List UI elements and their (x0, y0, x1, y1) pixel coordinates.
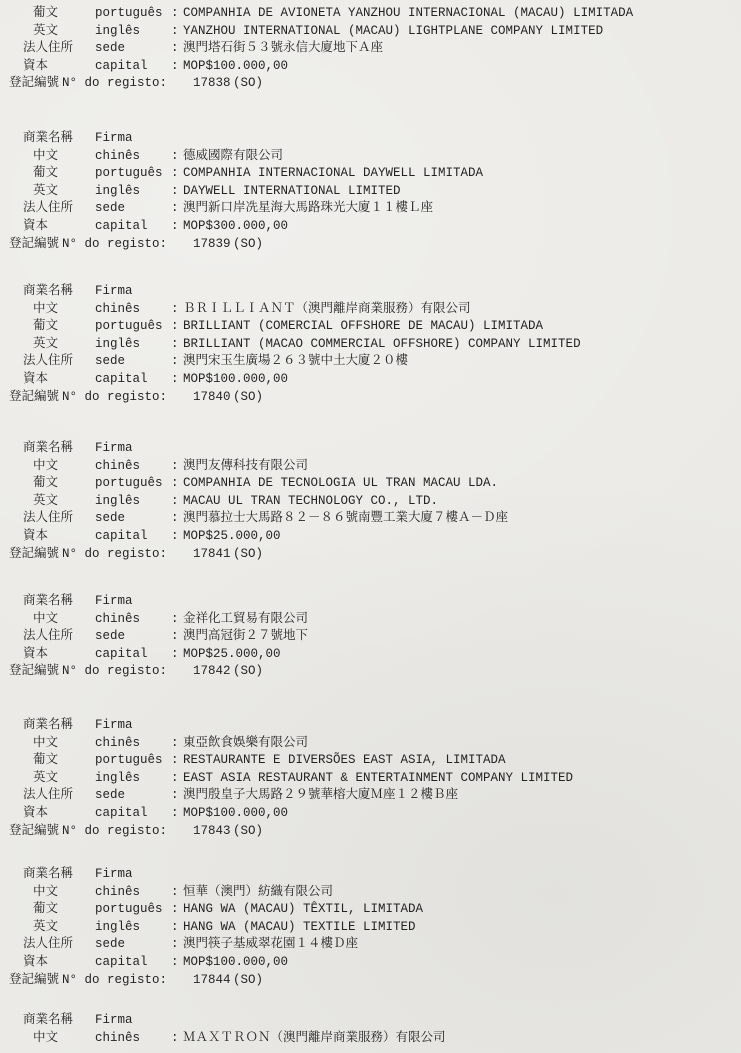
field-row: 法人住所sede:澳門塔石街５３號永信大廈地下Ａ座 (0, 39, 741, 57)
firma-label-cjk: 商業名稱 (23, 131, 73, 145)
company-record: 商業名稱Firma中文chinês:恒華（澳門）紡織有限公司葡文portuguê… (0, 865, 741, 988)
field-value: ＭＡＸＴＲＯＮ（澳門離岸商業服務）有限公司 (183, 1031, 446, 1045)
firma-label-cjk: 商業名稱 (23, 718, 73, 732)
field-colon: : (171, 806, 179, 820)
field-label-latin: chinês (95, 1031, 140, 1045)
reg-suffix: (SO) (233, 664, 263, 678)
field-value: ＢＲＩＬＬＩＡＮＴ（澳門離岸商業服務）有限公司 (183, 302, 471, 316)
field-label-cjk: 英文 (33, 184, 58, 198)
field-value: MOP$100.000,00 (183, 59, 288, 73)
firma-header-row: 商業名稱Firma (0, 439, 741, 457)
field-label-latin: inglês (95, 24, 140, 38)
field-label-latin: português (95, 476, 163, 490)
field-row: 英文inglês:MACAU UL TRAN TECHNOLOGY CO., L… (0, 492, 741, 510)
field-row: 英文inglês:HANG WA (MACAU) TEXTILE LIMITED (0, 918, 741, 936)
field-label-latin: chinês (95, 302, 140, 316)
firma-header-row: 商業名稱Firma (0, 716, 741, 734)
field-value: 澳門友傳科技有限公司 (183, 459, 308, 473)
field-row: 中文chinês:ＭＡＸＴＲＯＮ（澳門離岸商業服務）有限公司 (0, 1029, 741, 1047)
field-label-cjk: 法人住所 (23, 201, 73, 215)
field-colon: : (171, 511, 179, 525)
field-row: 葡文português:BRILLIANT (COMERCIAL OFFSHOR… (0, 317, 741, 335)
reg-number: 17844 (193, 973, 231, 987)
reg-label-cjk: 登記編號 (9, 973, 59, 987)
field-colon: : (171, 647, 179, 661)
field-colon: : (171, 459, 179, 473)
field-label-latin: português (95, 166, 163, 180)
field-colon: : (171, 319, 179, 333)
field-value: BRILLIANT (COMERCIAL OFFSHORE DE MACAU) … (183, 319, 543, 333)
field-value: 澳門宋玉生廣場２６３號中土大廈２０樓 (183, 354, 408, 368)
field-label-latin: capital (95, 806, 148, 820)
field-label-latin: inglês (95, 771, 140, 785)
reg-label-latin: N° do registo: (62, 547, 167, 561)
field-label-cjk: 法人住所 (23, 937, 73, 951)
field-label-latin: capital (95, 529, 148, 543)
field-value: YANZHOU INTERNATIONAL (MACAU) LIGHTPLANE… (183, 24, 603, 38)
field-colon: : (171, 302, 179, 316)
field-row: 資本capital:MOP$100.000,00 (0, 953, 741, 971)
field-label-latin: português (95, 319, 163, 333)
field-row: 中文chinês:澳門友傳科技有限公司 (0, 457, 741, 475)
field-row: 葡文português:COMPANHIA DE TECNOLOGIA UL T… (0, 474, 741, 492)
field-colon: : (171, 201, 179, 215)
field-row: 資本capital:MOP$100.000,00 (0, 804, 741, 822)
registration-row: 登記編號N° do registo:17838(SO) (0, 74, 741, 92)
field-label-cjk: 英文 (33, 337, 58, 351)
field-value: COMPANHIA INTERNACIONAL DAYWELL LIMITADA (183, 166, 483, 180)
field-value: 德威國際有限公司 (183, 149, 283, 163)
field-label-cjk: 法人住所 (23, 511, 73, 525)
reg-suffix: (SO) (233, 824, 263, 838)
firma-label-cjk: 商業名稱 (23, 867, 73, 881)
firma-label-latin: Firma (95, 594, 133, 608)
reg-label-cjk: 登記編號 (9, 547, 59, 561)
field-value: 恒華（澳門）紡織有限公司 (183, 885, 333, 899)
field-label-cjk: 資本 (23, 59, 48, 73)
field-label-latin: sede (95, 41, 125, 55)
field-label-latin: sede (95, 788, 125, 802)
field-colon: : (171, 937, 179, 951)
field-value: MOP$300.000,00 (183, 219, 288, 233)
field-row: 中文chinês:ＢＲＩＬＬＩＡＮＴ（澳門離岸商業服務）有限公司 (0, 300, 741, 318)
reg-label-latin: N° do registo: (62, 824, 167, 838)
field-label-cjk: 英文 (33, 494, 58, 508)
field-row: 資本capital:MOP$300.000,00 (0, 217, 741, 235)
firma-header-row: 商業名稱Firma (0, 592, 741, 610)
reg-suffix: (SO) (233, 547, 263, 561)
field-value: MOP$25.000,00 (183, 647, 281, 661)
field-value: 澳門慕拉士大馬路８２－８６號南豐工業大廈７樓Ａ－Ｄ座 (183, 511, 508, 525)
firma-label-cjk: 商業名稱 (23, 284, 73, 298)
firma-label-latin: Firma (95, 867, 133, 881)
field-label-latin: sede (95, 201, 125, 215)
field-row: 葡文português:RESTAURANTE E DIVERSÕES EAST… (0, 751, 741, 769)
field-value: MOP$100.000,00 (183, 372, 288, 386)
field-row: 英文inglês:YANZHOU INTERNATIONAL (MACAU) L… (0, 22, 741, 40)
field-label-latin: chinês (95, 736, 140, 750)
field-colon: : (171, 736, 179, 750)
field-value: MOP$25.000,00 (183, 529, 281, 543)
field-row: 法人住所sede:澳門高冠街２７號地下 (0, 627, 741, 645)
registration-row: 登記編號N° do registo:17844(SO) (0, 971, 741, 989)
reg-number: 17841 (193, 547, 231, 561)
field-label-cjk: 葡文 (33, 902, 58, 916)
field-label-latin: chinês (95, 459, 140, 473)
registration-row: 登記編號N° do registo:17839(SO) (0, 235, 741, 253)
registration-row: 登記編號N° do registo:17840(SO) (0, 388, 741, 406)
field-row: 英文inglês:BRILLIANT (MACAO COMMERCIAL OFF… (0, 335, 741, 353)
registration-row: 登記編號N° do registo:17843(SO) (0, 822, 741, 840)
field-label-cjk: 英文 (33, 24, 58, 38)
field-row: 法人住所sede:澳門慕拉士大馬路８２－８６號南豐工業大廈７樓Ａ－Ｄ座 (0, 509, 741, 527)
registration-row: 登記編號N° do registo:17841(SO) (0, 545, 741, 563)
field-value: 金祥化工貿易有限公司 (183, 612, 308, 626)
field-label-latin: sede (95, 354, 125, 368)
field-label-latin: chinês (95, 149, 140, 163)
field-label-latin: sede (95, 629, 125, 643)
field-value: MACAU UL TRAN TECHNOLOGY CO., LTD. (183, 494, 438, 508)
field-row: 資本capital:MOP$100.000,00 (0, 370, 741, 388)
registration-row: 登記編號N° do registo:17842(SO) (0, 662, 741, 680)
reg-label-cjk: 登記編號 (9, 390, 59, 404)
field-label-cjk: 法人住所 (23, 41, 73, 55)
field-colon: : (171, 59, 179, 73)
reg-number: 17839 (193, 237, 231, 251)
firma-label-latin: Firma (95, 718, 133, 732)
reg-label-latin: N° do registo: (62, 973, 167, 987)
reg-label-cjk: 登記編號 (9, 664, 59, 678)
field-row: 中文chinês:東亞飲食娛樂有限公司 (0, 734, 741, 752)
field-label-latin: inglês (95, 184, 140, 198)
reg-label-cjk: 登記編號 (9, 237, 59, 251)
firma-header-row: 商業名稱Firma (0, 282, 741, 300)
field-label-cjk: 中文 (33, 736, 58, 750)
field-row: 法人住所sede:澳門宋玉生廣場２６３號中土大廈２０樓 (0, 352, 741, 370)
reg-number: 17838 (193, 76, 231, 90)
reg-suffix: (SO) (233, 76, 263, 90)
field-value: 澳門高冠街２７號地下 (183, 629, 308, 643)
field-colon: : (171, 753, 179, 767)
field-colon: : (171, 612, 179, 626)
field-colon: : (171, 41, 179, 55)
field-colon: : (171, 372, 179, 386)
field-value: 澳門殷皇子大馬路２９號華榕大廈Ｍ座１２樓Ｂ座 (183, 788, 458, 802)
reg-number: 17843 (193, 824, 231, 838)
field-value: 澳門新口岸冼星海大馬路珠光大廈１１樓Ｌ座 (183, 201, 433, 215)
company-record: 商業名稱Firma中文chinês:ＢＲＩＬＬＩＡＮＴ（澳門離岸商業服務）有限公… (0, 282, 741, 405)
scanned-registry-page: 葡文português:COMPANHIA DE AVIONETA YANZHO… (0, 0, 741, 1053)
field-row: 資本capital:MOP$100.000,00 (0, 57, 741, 75)
firma-label-latin: Firma (95, 1013, 133, 1027)
field-label-cjk: 資本 (23, 955, 48, 969)
field-label-cjk: 中文 (33, 302, 58, 316)
field-label-cjk: 法人住所 (23, 629, 73, 643)
field-label-latin: chinês (95, 885, 140, 899)
field-label-cjk: 英文 (33, 771, 58, 785)
field-colon: : (171, 1031, 179, 1045)
field-colon: : (171, 771, 179, 785)
field-colon: : (171, 184, 179, 198)
field-label-latin: inglês (95, 494, 140, 508)
field-row: 資本capital:MOP$25.000,00 (0, 527, 741, 545)
field-label-latin: capital (95, 647, 148, 661)
field-colon: : (171, 920, 179, 934)
field-label-latin: inglês (95, 920, 140, 934)
field-row: 葡文português:COMPANHIA INTERNACIONAL DAYW… (0, 164, 741, 182)
field-label-latin: português (95, 902, 163, 916)
reg-label-latin: N° do registo: (62, 390, 167, 404)
field-value: 澳門筷子基威翠花園１４樓Ｄ座 (183, 937, 358, 951)
field-label-cjk: 中文 (33, 459, 58, 473)
field-label-latin: sede (95, 937, 125, 951)
field-colon: : (171, 337, 179, 351)
reg-label-latin: N° do registo: (62, 76, 167, 90)
field-colon: : (171, 885, 179, 899)
field-value: COMPANHIA DE AVIONETA YANZHOU INTERNACIO… (183, 6, 633, 20)
field-value: 東亞飲食娛樂有限公司 (183, 736, 308, 750)
field-label-cjk: 資本 (23, 372, 48, 386)
company-record: 商業名稱Firma中文chinês:東亞飲食娛樂有限公司葡文português:… (0, 716, 741, 839)
firma-label-cjk: 商業名稱 (23, 441, 73, 455)
field-row: 英文inglês:EAST ASIA RESTAURANT & ENTERTAI… (0, 769, 741, 787)
field-label-cjk: 資本 (23, 647, 48, 661)
field-colon: : (171, 529, 179, 543)
field-label-cjk: 法人住所 (23, 788, 73, 802)
field-label-latin: capital (95, 59, 148, 73)
firma-header-row: 商業名稱Firma (0, 1011, 741, 1029)
field-label-latin: capital (95, 219, 148, 233)
field-label-cjk: 法人住所 (23, 354, 73, 368)
field-label-cjk: 資本 (23, 219, 48, 233)
reg-label-cjk: 登記編號 (9, 824, 59, 838)
field-colon: : (171, 629, 179, 643)
field-row: 葡文português:HANG WA (MACAU) TÊXTIL, LIMI… (0, 900, 741, 918)
field-value: MOP$100.000,00 (183, 806, 288, 820)
reg-label-cjk: 登記編號 (9, 76, 59, 90)
company-record: 葡文português:COMPANHIA DE AVIONETA YANZHO… (0, 4, 741, 92)
field-colon: : (171, 149, 179, 163)
field-label-cjk: 中文 (33, 1031, 58, 1045)
field-colon: : (171, 788, 179, 802)
field-row: 法人住所sede:澳門殷皇子大馬路２９號華榕大廈Ｍ座１２樓Ｂ座 (0, 786, 741, 804)
reg-suffix: (SO) (233, 390, 263, 404)
field-value: RESTAURANTE E DIVERSÕES EAST ASIA, LIMIT… (183, 753, 506, 767)
field-label-latin: português (95, 753, 163, 767)
field-colon: : (171, 476, 179, 490)
reg-label-latin: N° do registo: (62, 664, 167, 678)
company-record: 商業名稱Firma中文chinês:澳門友傳科技有限公司葡文português:… (0, 439, 741, 562)
field-label-cjk: 中文 (33, 612, 58, 626)
firma-header-row: 商業名稱Firma (0, 865, 741, 883)
field-row: 法人住所sede:澳門新口岸冼星海大馬路珠光大廈１１樓Ｌ座 (0, 199, 741, 217)
field-row: 英文inglês:DAYWELL INTERNATIONAL LIMITED (0, 182, 741, 200)
field-label-cjk: 英文 (33, 920, 58, 934)
firma-label-latin: Firma (95, 131, 133, 145)
field-row: 中文chinês:金祥化工貿易有限公司 (0, 610, 741, 628)
company-record: 商業名稱Firma中文chinês:德威國際有限公司葡文português:CO… (0, 129, 741, 252)
reg-number: 17840 (193, 390, 231, 404)
field-value: 澳門塔石街５３號永信大廈地下Ａ座 (183, 41, 383, 55)
firma-header-row: 商業名稱Firma (0, 129, 741, 147)
field-colon: : (171, 494, 179, 508)
field-label-latin: português (95, 6, 163, 20)
field-colon: : (171, 955, 179, 969)
field-label-cjk: 中文 (33, 885, 58, 899)
firma-label-latin: Firma (95, 441, 133, 455)
field-colon: : (171, 6, 179, 20)
field-label-cjk: 資本 (23, 529, 48, 543)
field-label-cjk: 葡文 (33, 166, 58, 180)
field-value: MOP$100.000,00 (183, 955, 288, 969)
field-label-latin: inglês (95, 337, 140, 351)
field-value: DAYWELL INTERNATIONAL LIMITED (183, 184, 401, 198)
field-colon: : (171, 24, 179, 38)
field-label-cjk: 葡文 (33, 6, 58, 20)
field-colon: : (171, 354, 179, 368)
field-value: BRILLIANT (MACAO COMMERCIAL OFFSHORE) CO… (183, 337, 581, 351)
reg-suffix: (SO) (233, 237, 263, 251)
field-value: HANG WA (MACAU) TEXTILE LIMITED (183, 920, 416, 934)
field-row: 資本capital:MOP$25.000,00 (0, 645, 741, 663)
field-value: HANG WA (MACAU) TÊXTIL, LIMITADA (183, 902, 423, 916)
firma-label-cjk: 商業名稱 (23, 594, 73, 608)
field-row: 葡文português:COMPANHIA DE AVIONETA YANZHO… (0, 4, 741, 22)
field-label-latin: capital (95, 955, 148, 969)
field-label-latin: sede (95, 511, 125, 525)
company-record: 商業名稱Firma中文chinês:金祥化工貿易有限公司法人住所sede:澳門高… (0, 592, 741, 680)
firma-label-latin: Firma (95, 284, 133, 298)
field-value: EAST ASIA RESTAURANT & ENTERTAINMENT COM… (183, 771, 573, 785)
field-label-cjk: 葡文 (33, 753, 58, 767)
field-row: 法人住所sede:澳門筷子基威翠花園１４樓Ｄ座 (0, 935, 741, 953)
field-label-cjk: 葡文 (33, 319, 58, 333)
field-colon: : (171, 166, 179, 180)
field-colon: : (171, 902, 179, 916)
field-label-cjk: 葡文 (33, 476, 58, 490)
field-value: COMPANHIA DE TECNOLOGIA UL TRAN MACAU LD… (183, 476, 498, 490)
firma-label-cjk: 商業名稱 (23, 1013, 73, 1027)
reg-suffix: (SO) (233, 973, 263, 987)
field-label-latin: chinês (95, 612, 140, 626)
reg-number: 17842 (193, 664, 231, 678)
field-label-cjk: 資本 (23, 806, 48, 820)
field-colon: : (171, 219, 179, 233)
field-label-cjk: 中文 (33, 149, 58, 163)
field-row: 中文chinês:德威國際有限公司 (0, 147, 741, 165)
field-row: 中文chinês:恒華（澳門）紡織有限公司 (0, 883, 741, 901)
field-label-latin: capital (95, 372, 148, 386)
company-record: 商業名稱Firma中文chinês:ＭＡＸＴＲＯＮ（澳門離岸商業服務）有限公司 (0, 1011, 741, 1046)
reg-label-latin: N° do registo: (62, 237, 167, 251)
